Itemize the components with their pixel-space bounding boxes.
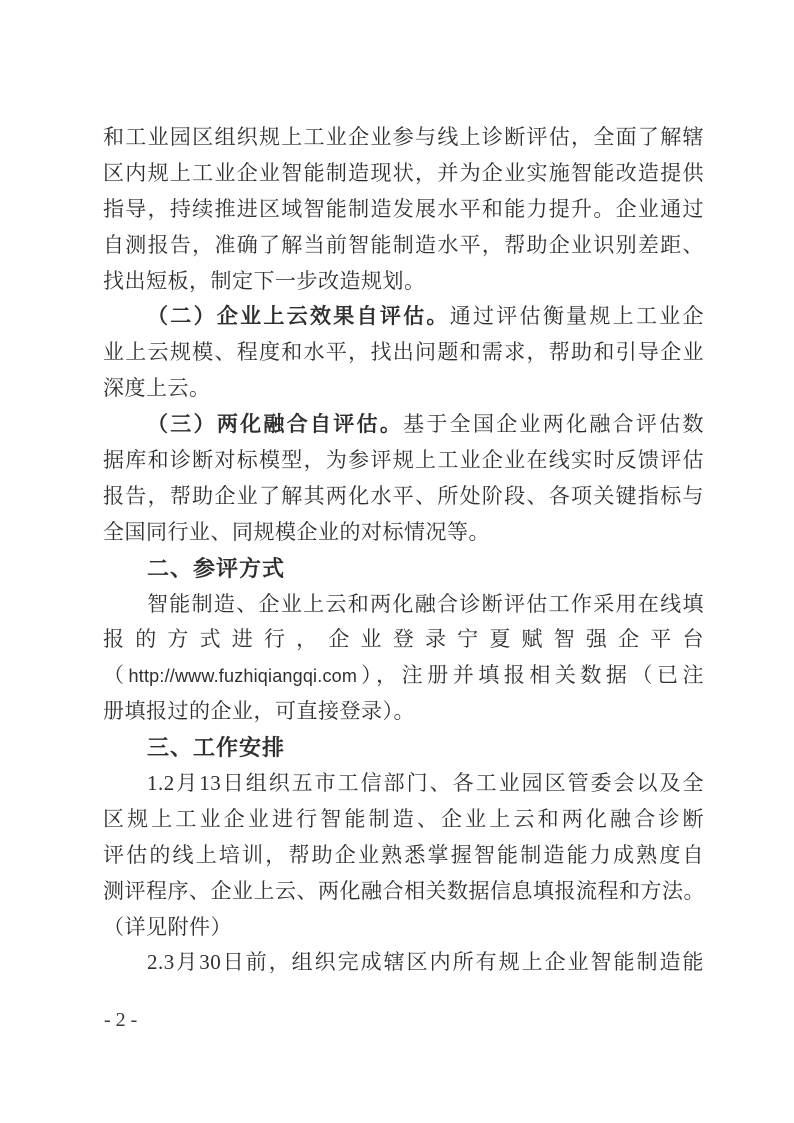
doc-line-14: 智能制造、企业上云和两化融合诊断评估工作采用在线填 (103, 587, 704, 623)
section-heading-2: 二、参评方式 (103, 551, 704, 587)
line-text: 册填报过的企业，可直接登录）。 (103, 699, 415, 723)
subsection-title-2: （二）企业上云效果自评估。 (147, 305, 450, 328)
line-text: ），注册并填报相关数据（已注 (357, 663, 704, 687)
line-text: 测评程序、企业上云、两化融合相关数据信息填报流程和方法。 (103, 879, 705, 903)
line-text: （详见附件） (103, 915, 232, 939)
line-text: （ (103, 663, 129, 687)
doc-line-11: 报告，帮助企业了解其两化水平、所处阶段、各项关键指标与 (103, 479, 704, 515)
doc-line-6: （二）企业上云效果自评估。通过评估衡量规上工业企 (103, 299, 704, 335)
line-text: 区规上工业企业进行智能制造、企业上云和两化融合诊断 (103, 807, 704, 831)
document-page: 和工业园区组织规上工业企业参与线上诊断评估，全面了解辖 区内规上工业企业智能制造… (0, 0, 794, 1123)
line-text: 2.3月30日前，组织完成辖区内所有规上企业智能制造能 (147, 950, 704, 974)
section-heading-text: 三、工作安排 (147, 735, 285, 760)
subsection-title-3: （三）两化融合自评估。 (147, 413, 403, 436)
line-text: 自测报告，准确了解当前智能制造水平，帮助企业识别差距、 (103, 233, 704, 257)
line-text: 区内规上工业企业智能制造现状，并为企业实施智能改造提供 (103, 161, 704, 185)
page-number: -2- (104, 1008, 142, 1032)
doc-line-24: 2.3月30日前，组织完成辖区内所有规上企业智能制造能 (103, 945, 704, 981)
line-text: 业上云规模、程度和水平，找出问题和需求，帮助和引导企业 (103, 340, 704, 364)
line-text: 据库和诊断对标模型，为参评规上工业企业在线实时反馈评估 (103, 448, 704, 472)
doc-line-4: 自测报告，准确了解当前智能制造水平，帮助企业识别差距、 (103, 228, 704, 264)
doc-line-23: （详见附件） (103, 910, 704, 946)
doc-line-9: （三）两化融合自评估。基于全国企业两化融合评估数 (103, 407, 704, 443)
document-text-block: 和工业园区组织规上工业企业参与线上诊断评估，全面了解辖 区内规上工业企业智能制造… (103, 120, 704, 981)
doc-line-17: 册填报过的企业，可直接登录）。 (103, 694, 704, 730)
doc-line-8: 深度上云。 (103, 371, 704, 407)
line-text: 通过评估衡量规上工业企 (450, 304, 704, 328)
platform-url: http://www.fuzhiqiangqi.com (129, 666, 358, 686)
line-text: 全国同行业、同规模企业的对标情况等。 (103, 520, 490, 544)
line-text: 智能制造、企业上云和两化融合诊断评估工作采用在线填 (147, 592, 704, 616)
line-text: 和工业园区组织规上工业企业参与线上诊断评估，全面了解辖 (103, 125, 704, 149)
line-text: 评估的线上培训，帮助企业熟悉掌握智能制造能力成熟度自 (103, 843, 704, 867)
doc-line-12: 全国同行业、同规模企业的对标情况等。 (103, 515, 704, 551)
doc-line-19: 1.2月13日组织五市工信部门、各工业园区管委会以及全 (103, 766, 704, 802)
doc-line-7: 业上云规模、程度和水平，找出问题和需求，帮助和引导企业 (103, 335, 704, 371)
line-text: 报告，帮助企业了解其两化水平、所处阶段、各项关键指标与 (103, 484, 704, 508)
doc-line-21: 评估的线上培训，帮助企业熟悉掌握智能制造能力成熟度自 (103, 838, 704, 874)
line-text: 深度上云。 (103, 376, 211, 400)
doc-line-16: （http://www.fuzhiqiangqi.com），注册并填报相关数据（… (103, 658, 704, 694)
line-text: 报的方式进行，企业登录宁夏赋智强企平台 (103, 627, 704, 651)
doc-line-22: 测评程序、企业上云、两化融合相关数据信息填报流程和方法。 (103, 874, 704, 910)
doc-line-1: 和工业园区组织规上工业企业参与线上诊断评估，全面了解辖 (103, 120, 704, 156)
doc-line-2: 区内规上工业企业智能制造现状，并为企业实施智能改造提供 (103, 156, 704, 192)
doc-line-10: 据库和诊断对标模型，为参评规上工业企业在线实时反馈评估 (103, 443, 704, 479)
section-heading-text: 二、参评方式 (147, 556, 285, 581)
section-heading-3: 三、工作安排 (103, 730, 704, 766)
doc-line-15: 报的方式进行，企业登录宁夏赋智强企平台 (103, 622, 704, 658)
doc-line-20: 区规上工业企业进行智能制造、企业上云和两化融合诊断 (103, 802, 704, 838)
doc-line-3: 指导，持续推进区域智能制造发展水平和能力提升。企业通过 (103, 192, 704, 228)
line-text: 基于全国企业两化融合评估数 (403, 412, 704, 436)
line-text: 指导，持续推进区域智能制造发展水平和能力提升。企业通过 (103, 197, 704, 221)
line-text: 1.2月13日组织五市工信部门、各工业园区管委会以及全 (147, 771, 704, 795)
doc-line-5: 找出短板，制定下一步改造规划。 (103, 264, 704, 300)
line-text: 找出短板，制定下一步改造规划。 (103, 269, 426, 293)
